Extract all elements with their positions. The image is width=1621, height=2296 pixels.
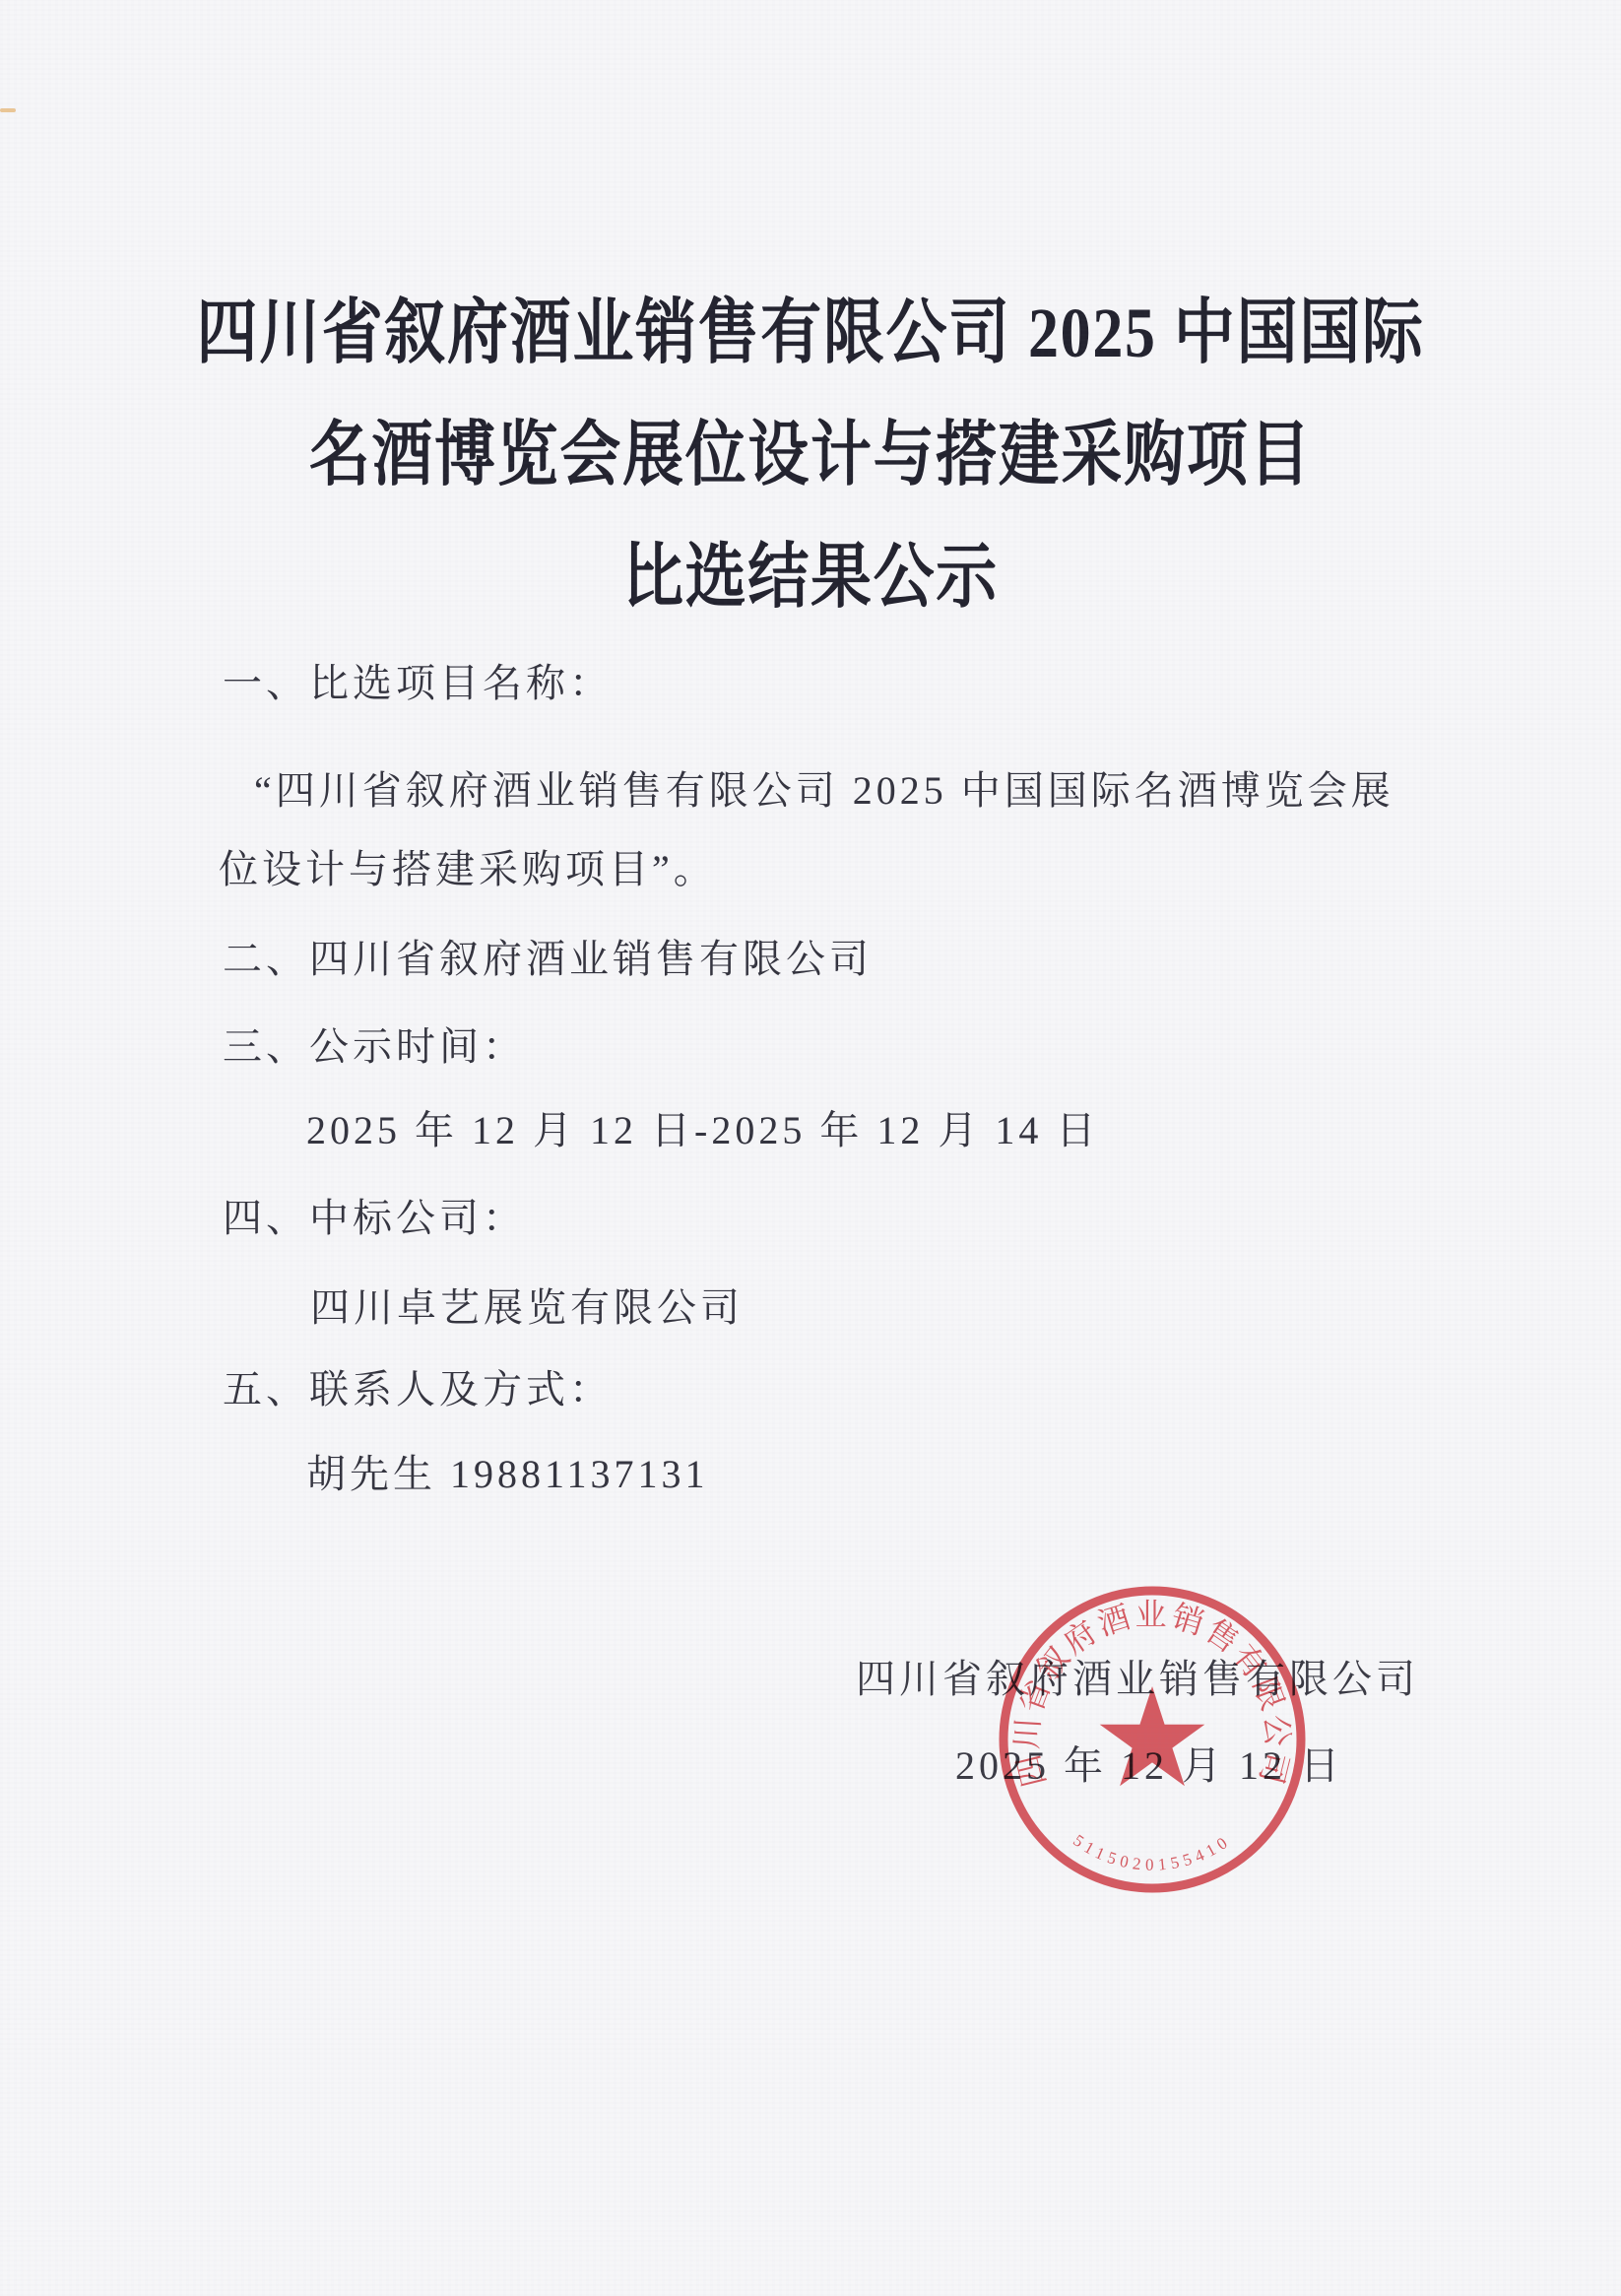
scanned-document-page: 四川省叙府酒业销售有限公司 2025 中国国际 名酒博览会展位设计与搭建采购项目… xyxy=(0,0,1621,2296)
section-1-label: 一、比选项目名称： xyxy=(223,660,613,707)
section-1-value-line-2: 位设计与搭建采购项目”。 xyxy=(219,846,717,893)
document-title-line-1: 四川省叙府酒业销售有限公司 2025 中国国际 xyxy=(113,295,1508,370)
section-1-value-line-1: “四川省叙府酒业销售有限公司 2025 中国国际名酒博览会展 xyxy=(254,767,1394,815)
section-4-label: 四、中标公司： xyxy=(223,1195,526,1242)
svg-text:5115020155410: 5115020155410 xyxy=(1070,1831,1234,1874)
document-title-line-3: 比选结果公示 xyxy=(113,540,1508,615)
scan-artifact xyxy=(0,108,16,112)
section-2-label: 二、四川省叙府酒业销售有限公司 xyxy=(223,936,873,983)
company-seal-stamp: 四川省叙府酒业销售有限公司 5115020155410 xyxy=(975,1562,1329,1917)
seal-serial-number: 5115020155410 xyxy=(1070,1831,1234,1874)
section-3-value: 2025 年 12 月 12 日-2025 年 12 月 14 日 xyxy=(306,1107,1099,1154)
seal-star-icon xyxy=(1100,1686,1205,1786)
section-5-value: 胡先生 19881137131 xyxy=(306,1451,709,1498)
section-4-value: 四川卓艺展览有限公司 xyxy=(310,1284,744,1332)
document-title-line-2: 名酒博览会展位设计与搭建采购项目 xyxy=(113,418,1508,492)
section-5-label: 五、联系人及方式： xyxy=(223,1366,613,1413)
section-3-label: 三、公示时间： xyxy=(223,1023,526,1071)
